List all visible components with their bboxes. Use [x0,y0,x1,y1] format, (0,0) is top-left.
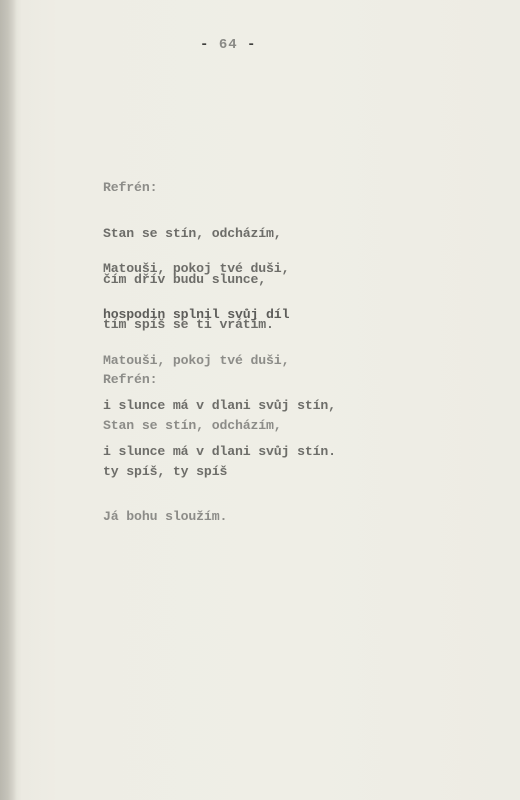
page-number-prefix: - [200,37,209,53]
page-number-suffix: - [247,37,256,53]
refrain-label: Refrén: [103,180,282,195]
verse-line: Matouši, pokoj tvé duši, [103,261,336,276]
verse-line: Já bohu sloužím. [103,509,282,524]
verse-line: ty spíš, ty spíš [103,464,282,479]
page-number-value: 64 [219,37,238,53]
verse-line: Stan se stín, odcházím, [103,418,282,433]
refrain-label: Refrén: [103,372,282,387]
page-number: - 64 - [200,37,256,53]
verse-line: hospodin splnil svůj díl [103,307,336,322]
scanned-page: - 64 - Refrén: Stan se stín, odcházím, č… [0,0,520,800]
stanza-refrain-2: Refrén: Stan se stín, odcházím, ty spíš,… [103,342,282,555]
